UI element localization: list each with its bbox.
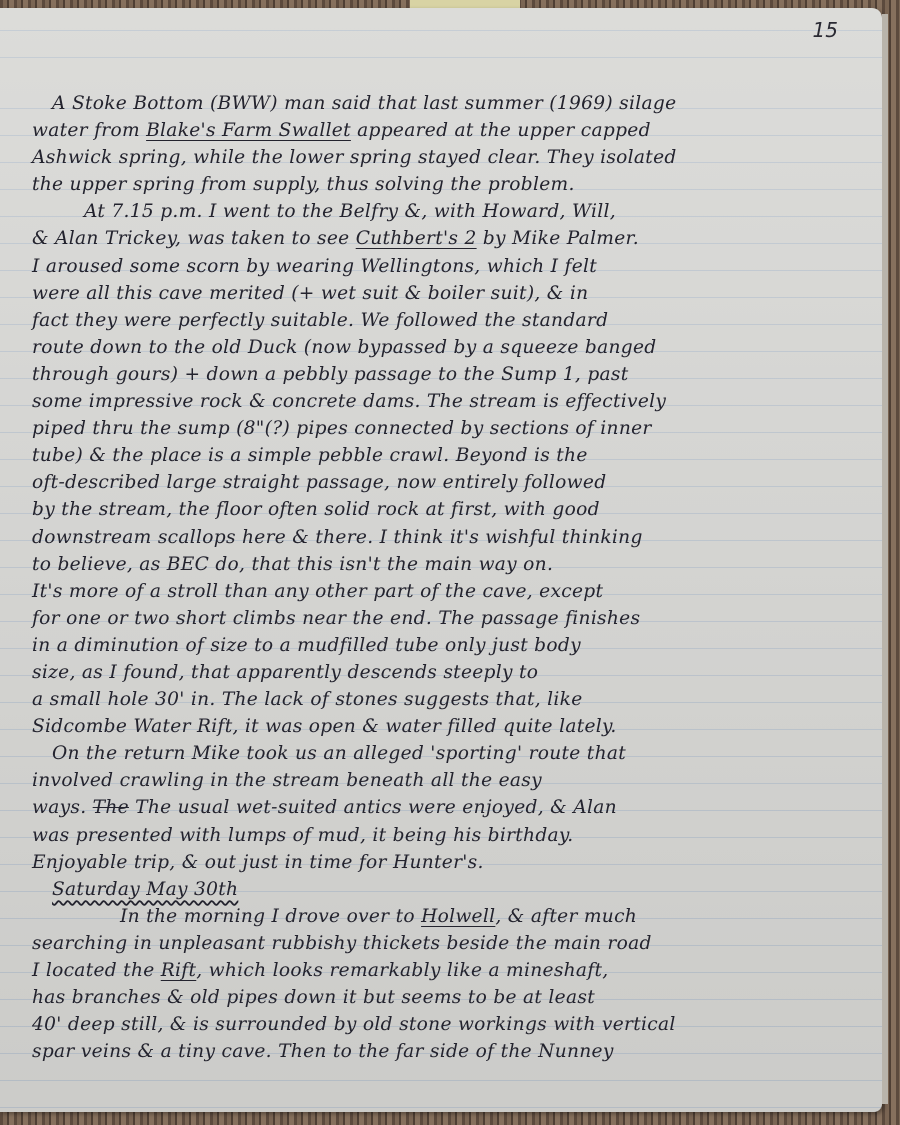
text-line: downstream scallops here & there. I thin… bbox=[32, 524, 872, 551]
text-line: route down to the old Duck (now bypassed… bbox=[32, 334, 872, 361]
text-line: tube) & the place is a simple pebble cra… bbox=[32, 442, 872, 469]
text-line: On the return Mike took us an alleged 's… bbox=[32, 740, 872, 767]
text-line: fact they were perfectly suitable. We fo… bbox=[32, 307, 872, 334]
paragraph-stoke-bottom: A Stoke Bottom (BWW) man said that last … bbox=[32, 90, 872, 198]
text-line: was presented with lumps of mud, it bein… bbox=[32, 822, 872, 849]
text-line: through gours) + down a pebbly passage t… bbox=[32, 361, 872, 388]
text-line: & Alan Trickey, was taken to see Cuthber… bbox=[32, 225, 872, 252]
text-line: for one or two short climbs near the end… bbox=[32, 605, 872, 632]
text-line: has branches & old pipes down it but see… bbox=[32, 984, 872, 1011]
text-line: In the morning I drove over to Holwell, … bbox=[32, 903, 872, 930]
text-line: A Stoke Bottom (BWW) man said that last … bbox=[32, 90, 872, 117]
crossed-out-word: The bbox=[93, 797, 129, 818]
text-line: some impressive rock & concrete dams. Th… bbox=[32, 388, 872, 415]
text-line: water from Blake's Farm Swallet appeared… bbox=[32, 117, 872, 144]
notebook-page: 15 A Stoke Bottom (BWW) man said that la… bbox=[0, 8, 882, 1112]
handwritten-text: A Stoke Bottom (BWW) man said that last … bbox=[32, 90, 872, 1065]
text-line: I aroused some scorn by wearing Wellingt… bbox=[32, 253, 872, 280]
underlined-place-name: Rift bbox=[161, 960, 197, 981]
text-line: by the stream, the floor often solid roc… bbox=[32, 496, 872, 523]
paragraph-holwell-rift: In the morning I drove over to Holwell, … bbox=[32, 903, 872, 1066]
text-line: the upper spring from supply, thus solvi… bbox=[32, 171, 872, 198]
text-line: involved crawling in the stream beneath … bbox=[32, 767, 872, 794]
date-heading-text: Saturday May 30th bbox=[52, 879, 238, 900]
text-line: were all this cave merited (+ wet suit &… bbox=[32, 280, 872, 307]
text-line: At 7.15 p.m. I went to the Belfry &, wit… bbox=[32, 198, 872, 225]
text-line: a small hole 30' in. The lack of stones … bbox=[32, 686, 872, 713]
text-line: ways. The The usual wet-suited antics we… bbox=[32, 794, 872, 821]
underlined-place-name: Cuthbert's 2 bbox=[356, 228, 477, 249]
text-line: oft-described large straight passage, no… bbox=[32, 469, 872, 496]
paragraph-return-route: On the return Mike took us an alleged 's… bbox=[32, 740, 872, 875]
underlined-place-name: Blake's Farm Swallet bbox=[146, 120, 351, 141]
text-line: to believe, as BEC do, that this isn't t… bbox=[32, 551, 872, 578]
text-line: in a diminution of size to a mudfilled t… bbox=[32, 632, 872, 659]
text-line: Ashwick spring, while the lower spring s… bbox=[32, 144, 872, 171]
page-number: 15 bbox=[813, 18, 838, 42]
text-line: I located the Rift, which looks remarkab… bbox=[32, 957, 872, 984]
underlined-place-name: Holwell bbox=[421, 906, 495, 927]
text-line: 40' deep still, & is surrounded by old s… bbox=[32, 1011, 872, 1038]
paragraph-cuthberts-trip: At 7.15 p.m. I went to the Belfry &, wit… bbox=[32, 198, 872, 740]
text-line: size, as I found, that apparently descen… bbox=[32, 659, 872, 686]
text-line: spar veins & a tiny cave. Then to the fa… bbox=[32, 1038, 872, 1065]
text-line: It's more of a stroll than any other par… bbox=[32, 578, 872, 605]
text-line: Enjoyable trip, & out just in time for H… bbox=[32, 849, 872, 876]
text-line: piped thru the sump (8"(?) pipes connect… bbox=[32, 415, 872, 442]
text-line: Sidcombe Water Rift, it was open & water… bbox=[32, 713, 872, 740]
text-line: searching in unpleasant rubbishy thicket… bbox=[32, 930, 872, 957]
date-heading: Saturday May 30th bbox=[32, 876, 872, 903]
